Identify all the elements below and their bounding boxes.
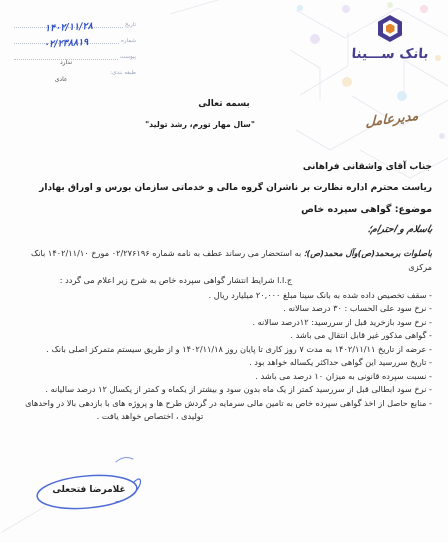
subject-line: موضوع: گواهی سپرده خاص (16, 204, 432, 216)
stamp-number-label: شماره (119, 38, 136, 44)
term-item: - نرخ سود بازخرید قبل از سررسید: ۱۲درصد … (16, 316, 432, 330)
stamp-block: تاریخ ۱۴۰۲/۱۱/۲۸ شماره ۰۲/۲۳۸۸۱۹ پیوست ن… (14, 15, 136, 79)
term-item: - عرضه از تاریخ ۱۴۰۲/۱۱/۱۱ به مدت ۷ روز … (16, 343, 432, 357)
salutation-text: باسلام و احترام؛ (366, 224, 433, 235)
letter-page: بانک ســـینا مدیرعامل تاریخ ۱۴۰۲/۱۱/۲۸ ش… (0, 0, 448, 543)
stamp-attachment-value: ندارد (60, 59, 72, 66)
salutation: باسلام و احترام؛ (16, 224, 432, 235)
bismillah-heading: بسمه تعالی (0, 99, 448, 109)
intro-line-1: باصلوات برمحمد(ص)وآل محمد(ص)؛ به استحضار… (16, 247, 432, 274)
term-item: - سقف تخصیص داده شده به بانک سینا مبلغ ۲… (16, 289, 432, 303)
letter-body: باصلوات برمحمد(ص)وآل محمد(ص)؛ به استحضار… (16, 247, 432, 424)
stamp-classification-label: طبقه بندی: (108, 70, 136, 76)
recipient-name: جناب آقای واشقانی فراهانی (16, 161, 432, 173)
term-item: - تاریخ سررسید این گواهی حداکثر یکساله خ… (16, 356, 432, 370)
intro-line-2: ج.ا.ا شرایط انتشار گواهی سپرده خاص به شر… (0, 274, 384, 288)
term-item-last-line1: - منابع حاصل از اخذ گواهی سپرده خاص به ت… (16, 397, 432, 411)
term-item: - گواهی مذکور غیر قابل انتقال می باشد . (16, 329, 432, 343)
stamp-classification-row: طبقه بندی: عادی (14, 63, 136, 76)
bank-logo: بانک ســـینا (346, 15, 434, 62)
term-item-last-line2: تولیدی ، اختصاص خواهد یافت . (0, 410, 358, 424)
stamp-classification-value: عادی (55, 76, 68, 83)
recipient-title: ریاست محترم اداره نظارت بر ناشران گروه م… (16, 182, 432, 194)
bank-name: بانک ســـینا (345, 46, 434, 62)
bank-logo-hexagon-icon (378, 15, 402, 42)
stamp-number-value: ۰۲/۲۳۸۸۱۹ (44, 37, 89, 50)
term-item: - نرخ سود علی الحساب : ۳۰ درصد سالانه . (16, 302, 432, 316)
term-item: - نرخ سود ابطالی قبل از سررسید کمتر از ی… (16, 383, 432, 397)
signature-block: غلامرضا فتحعلی (24, 452, 154, 527)
bank-logo-center-icon (386, 24, 395, 34)
term-item: - نسبت سپرده قانونی به میزان ۱۰ درصد می … (16, 370, 432, 384)
stamp-attachment-label: پیوست (118, 54, 136, 60)
stamp-date-line: ۱۴۰۲/۱۱/۲۸ (14, 14, 123, 28)
intro-lead: باصلوات برمحمد(ص)وآل محمد(ص)؛ (304, 248, 432, 258)
recipient-block: جناب آقای واشقانی فراهانی ریاست محترم اد… (16, 161, 432, 235)
stamp-number-row: شماره ۰۲/۲۳۸۸۱۹ (14, 31, 136, 44)
terms-list: - سقف تخصیص داده شده به بانک سینا مبلغ ۲… (16, 289, 432, 397)
stamp-date-row: تاریخ ۱۴۰۲/۱۱/۲۸ (14, 15, 136, 28)
stamp-date-label: تاریخ (123, 22, 136, 28)
signatory-name: غلامرضا فتحعلی (44, 485, 134, 495)
stamp-attachment-row: پیوست ندارد (14, 47, 136, 60)
